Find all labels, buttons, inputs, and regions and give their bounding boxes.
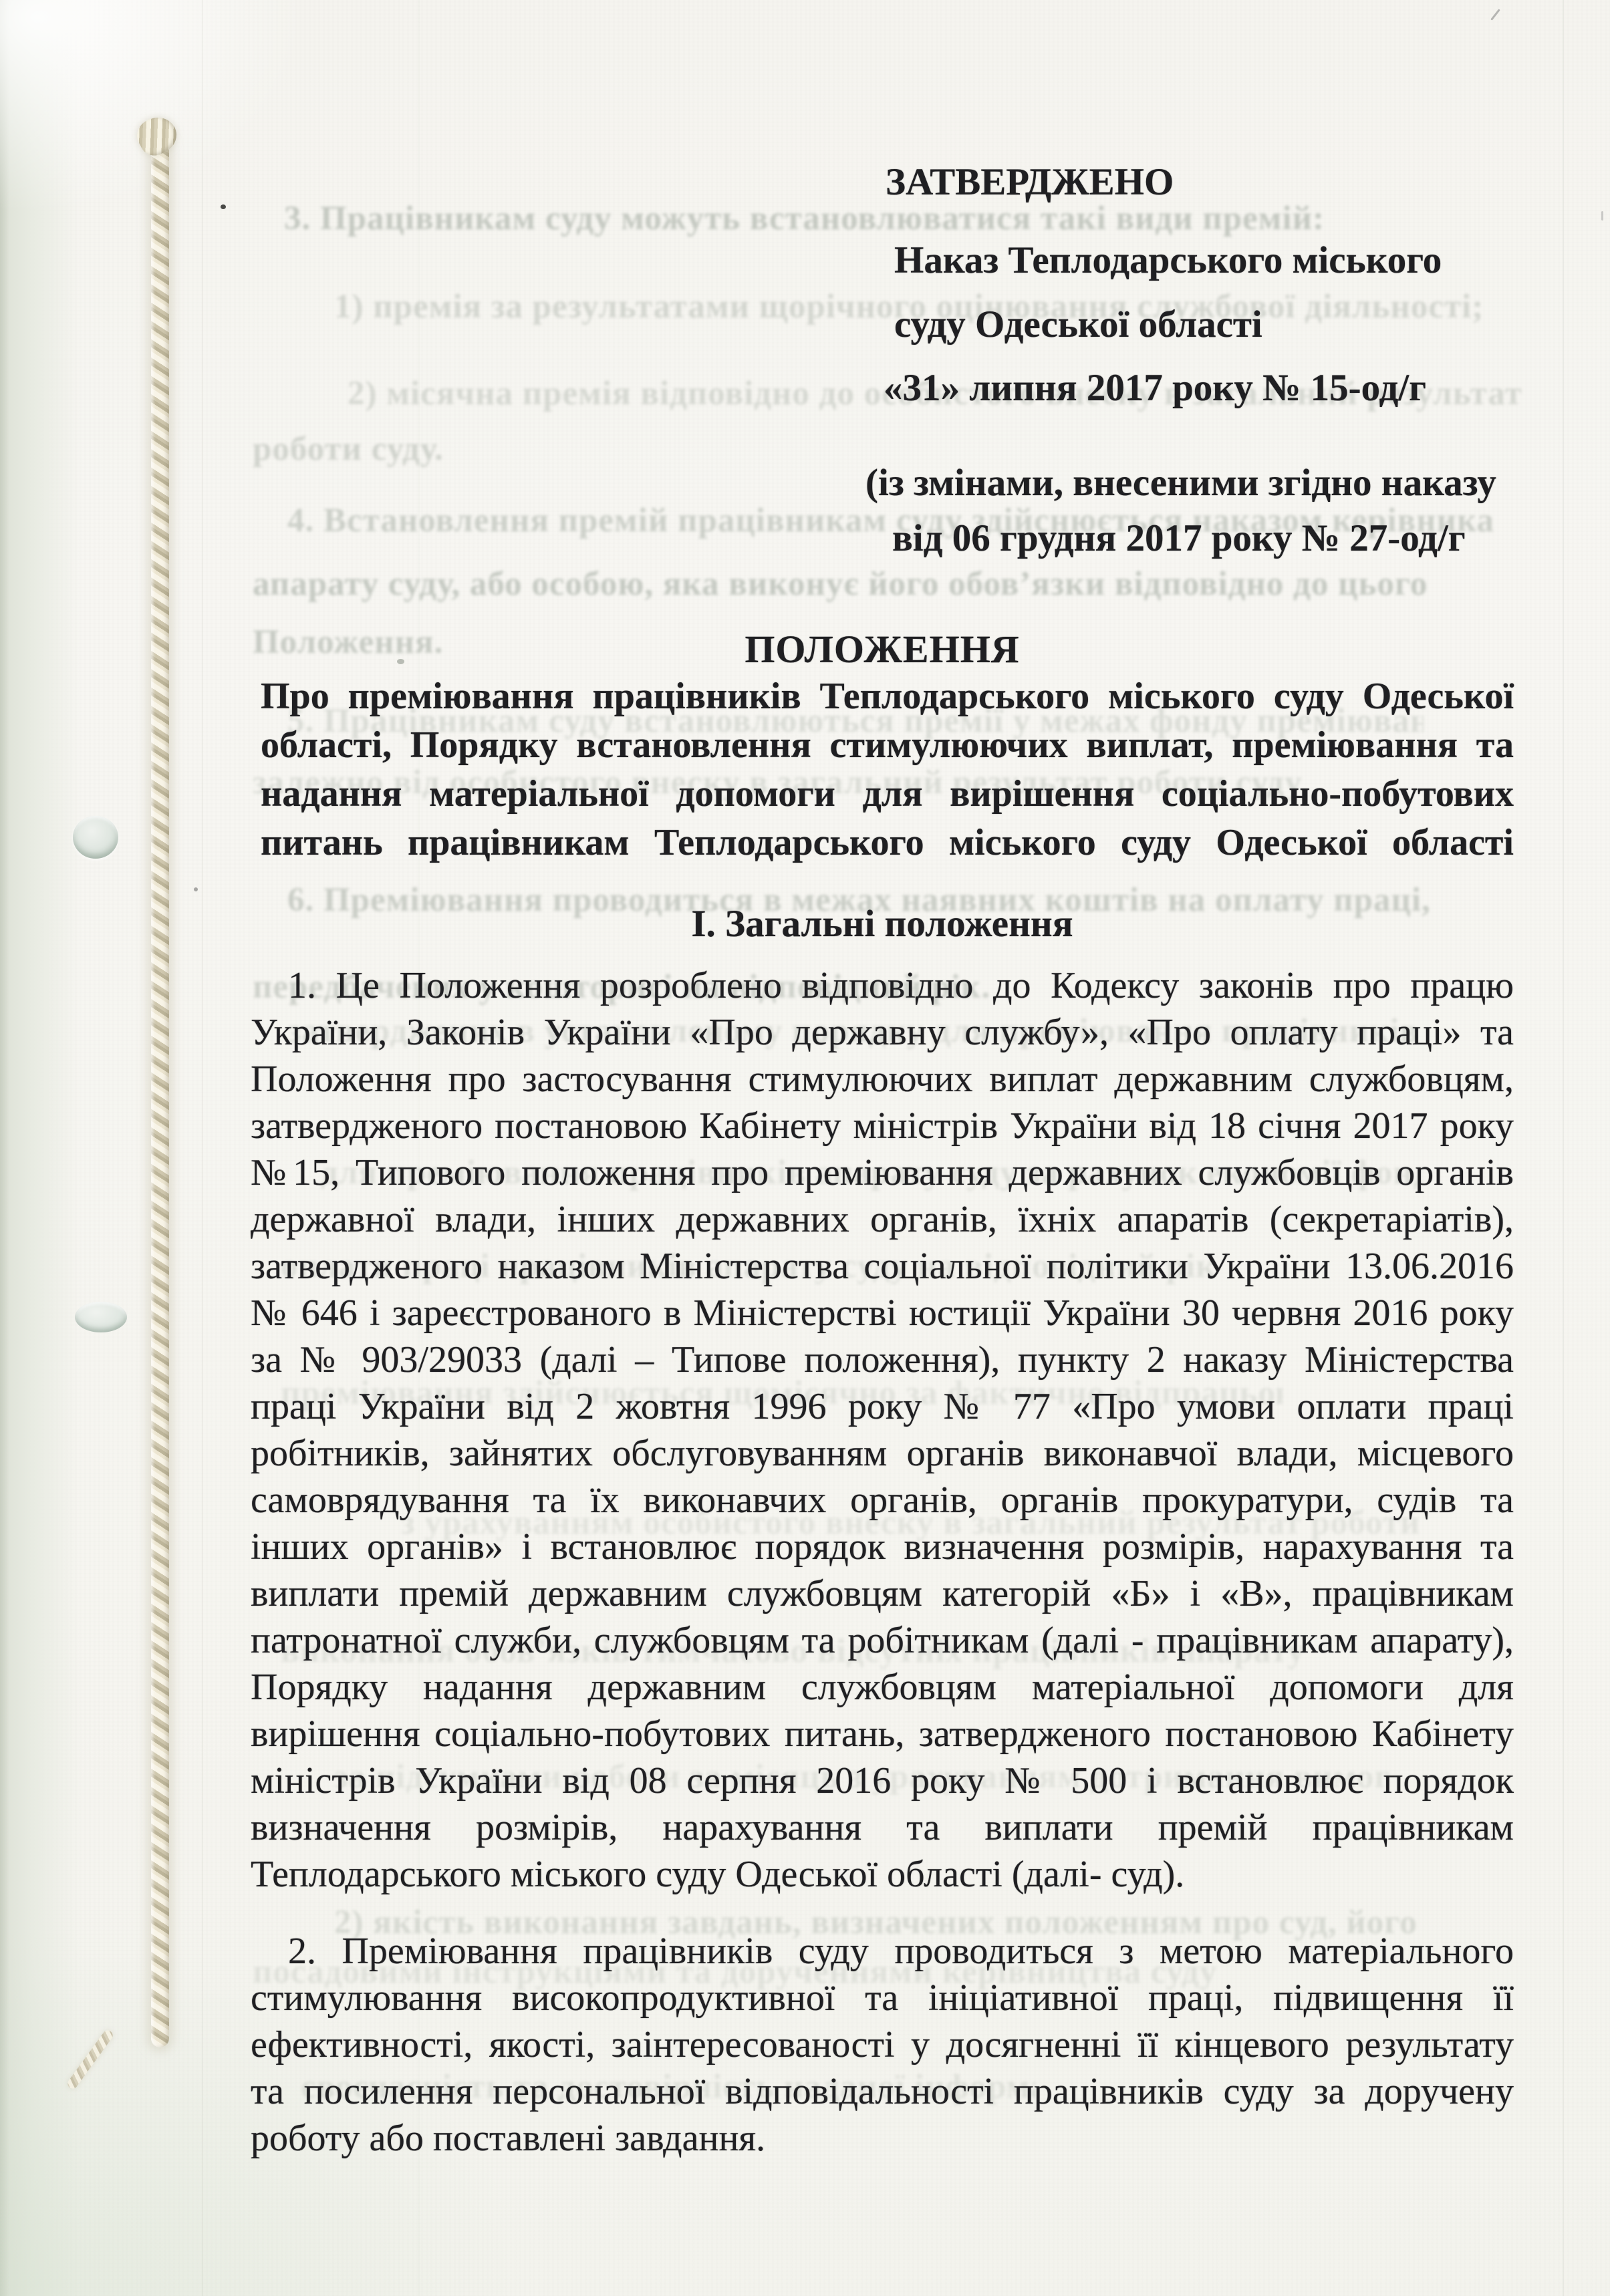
text-line: 1. Це Положення розроблено відповідно до…	[251, 962, 1514, 1009]
text-line: роботу або поставлені завдання.	[251, 2115, 1514, 2162]
text-line: затвердженого постановою Кабінету мініст…	[251, 1103, 1514, 1149]
approval-line: суду Одеської області	[894, 301, 1540, 348]
text-line: визначення розмірів, нарахування та випл…	[251, 1804, 1514, 1851]
text-line: патронатної служби, службовцям та робітн…	[251, 1617, 1514, 1664]
approval-line: від 06 грудня 2017 року № 27-од/г	[892, 515, 1540, 562]
text-line: Теплодарського міського суду Одеської об…	[251, 1851, 1514, 1898]
paragraph-1: 1. Це Положення розроблено відповідно до…	[251, 962, 1514, 1898]
text-line: України, Законів України «Про державну с…	[251, 1009, 1514, 1056]
text-line: Порядку надання державним службовцям мат…	[251, 1664, 1514, 1711]
text-line: затвердженого наказом Міністерства соціа…	[251, 1243, 1514, 1290]
paper-speck	[397, 659, 404, 664]
subtitle-line: питань працівникам Теплодарського місько…	[261, 819, 1514, 867]
document-subtitle: Про преміювання працівників Теплодарсько…	[261, 672, 1514, 867]
text-line: Положення про застосування стимулюючих в…	[251, 1056, 1514, 1103]
text-line: стимулювання високопродуктивної та ініці…	[251, 1975, 1514, 2021]
scanned-document-page: 3. Працівникам суду можуть встановлювати…	[0, 0, 1610, 2296]
document-content: ЗАТВЕРДЖЕНОНаказ Теплодарського міського…	[0, 0, 1610, 2296]
text-line: вирішення соціально-побутових питань, за…	[251, 1711, 1514, 1757]
edge-mark	[1601, 211, 1603, 221]
subtitle-line: Про преміювання працівників Теплодарсько…	[261, 672, 1514, 721]
hole-punch-bottom	[75, 1302, 127, 1332]
text-line: міністрів України від 08 серпня 2016 рок…	[251, 1757, 1514, 1804]
binding-cord	[151, 139, 169, 2047]
paragraph-2: 2. Преміювання працівників суду проводит…	[251, 1928, 1514, 2162]
subtitle-line: надання матеріальної допомоги для виріше…	[261, 770, 1514, 819]
approval-line: ЗАТВЕРДЖЕНО	[886, 159, 1540, 206]
approval-line: Наказ Теплодарського міського	[894, 237, 1540, 284]
paper-speck	[194, 887, 198, 891]
text-line: виплати премій державним службовцям кате…	[251, 1570, 1514, 1617]
text-line: № 646 і зареєстрованого в Міністерстві ю…	[251, 1290, 1514, 1336]
paper-speck	[221, 204, 226, 209]
approval-block: ЗАТВЕРДЖЕНОНаказ Теплодарського міського…	[865, 159, 1540, 562]
text-line: самоврядування та їх виконавчих органів,…	[251, 1477, 1514, 1524]
text-line: ефективності, якості, заінтересованості …	[251, 2021, 1514, 2068]
subtitle-line: області, Порядку встановлення стимулюючи…	[261, 721, 1514, 770]
text-line: державної влади, інших державних органів…	[251, 1196, 1514, 1243]
text-line: інших органів» і встановлює порядок визн…	[251, 1524, 1514, 1570]
text-line: №15, Типового положення про преміювання …	[251, 1149, 1514, 1196]
text-line: 2. Преміювання працівників суду проводит…	[251, 1928, 1514, 1975]
text-line: праці України від 2 жовтня 1996 року № 7…	[251, 1383, 1514, 1430]
section-heading: І. Загальні положення	[251, 902, 1514, 946]
approval-line: «31» липня 2017 року № 15-од/г	[884, 365, 1540, 412]
text-line: за № 903/29033 (далі – Типове положення)…	[251, 1336, 1514, 1383]
text-line: робітників, зайнятих обслуговуванням орг…	[251, 1430, 1514, 1477]
hole-punch-top	[73, 816, 118, 859]
document-title: ПОЛОЖЕННЯ	[251, 627, 1514, 672]
text-line: та посилення персональної відповідальнос…	[251, 2068, 1514, 2115]
approval-line: (із змінами, внесеними згідно наказу	[865, 460, 1540, 507]
